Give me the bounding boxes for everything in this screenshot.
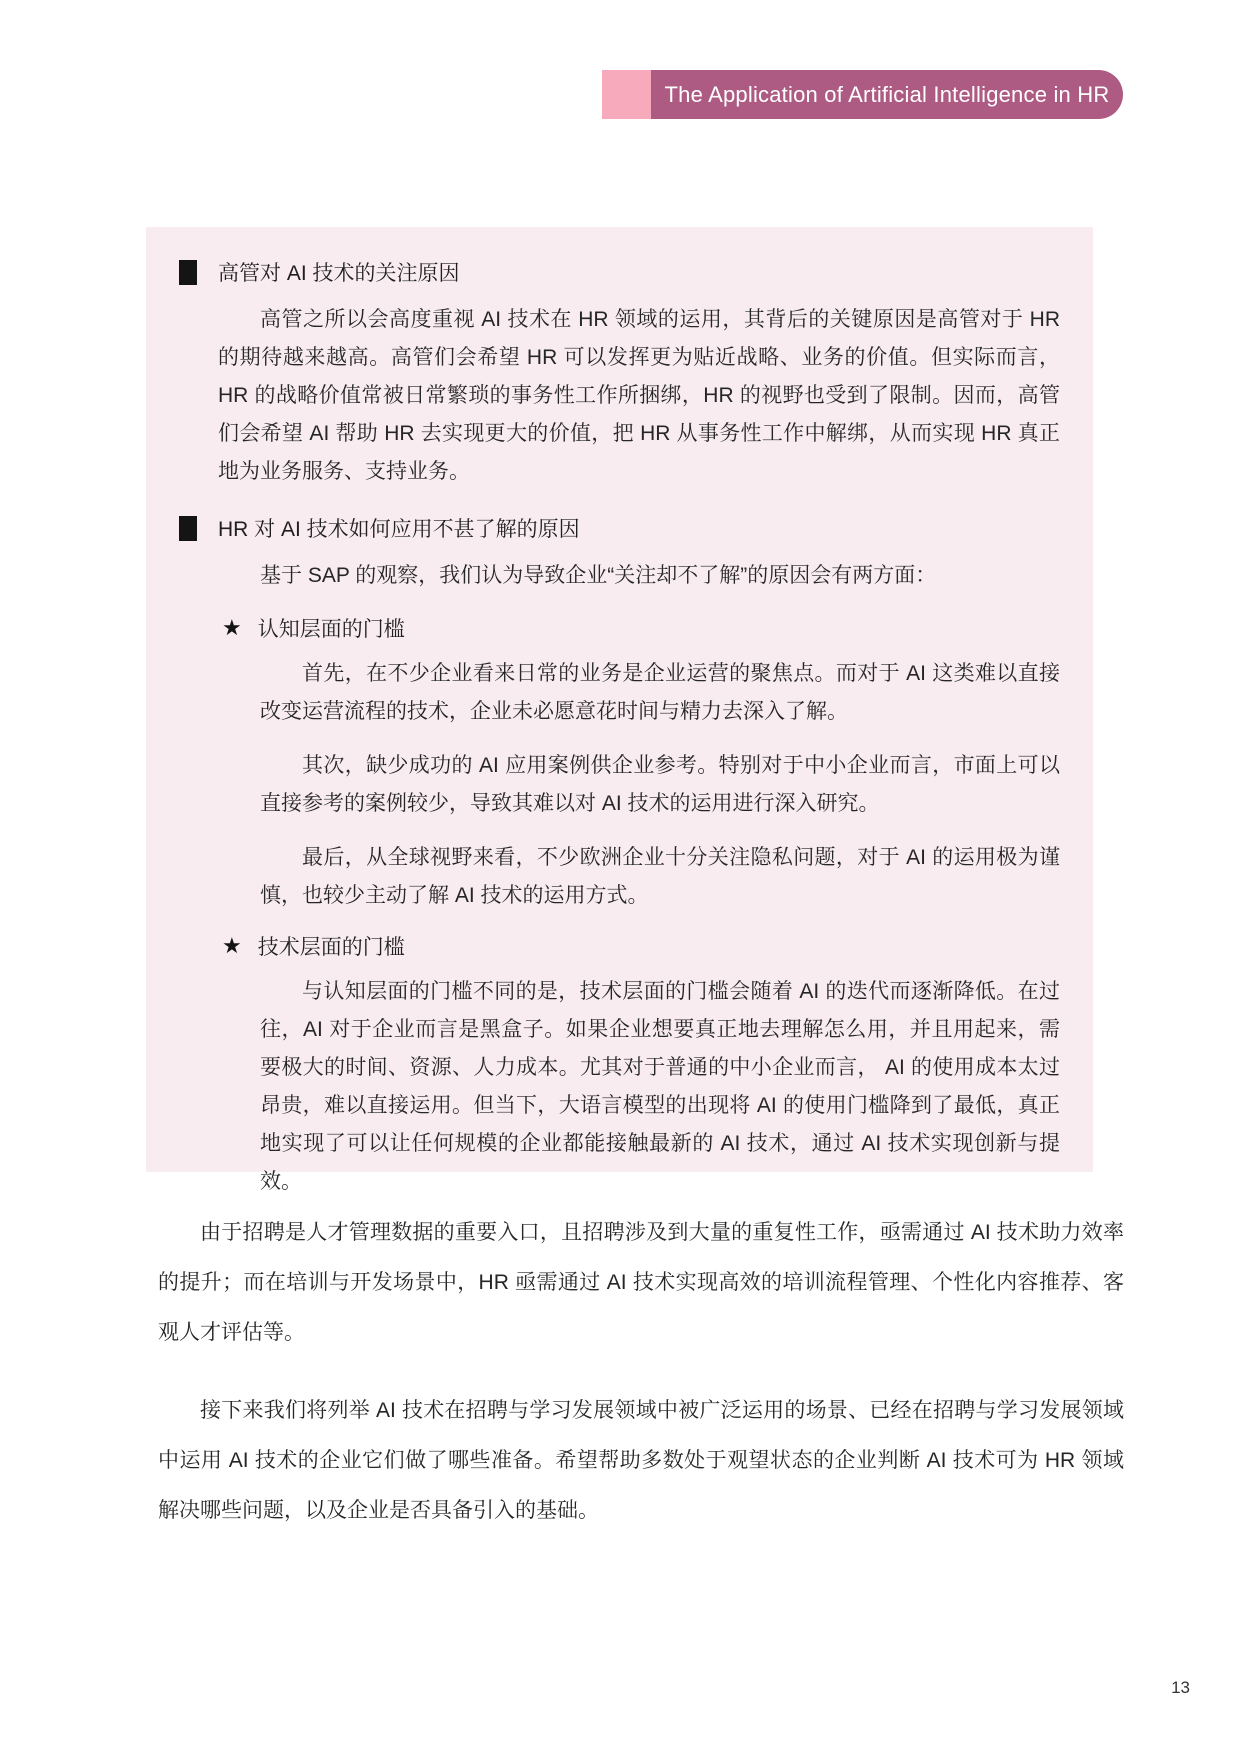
callout-heading: HR 对 AI 技术如何应用不甚了解的原因 (179, 513, 1060, 543)
callout-paragraph: 其次，缺少成功的 AI 应用案例供企业参考。特别对于中小企业而言，市面上可以直接… (260, 747, 1060, 823)
callout-paragraph: 与认知层面的门槛不同的是，技术层面的门槛会随着 AI 的迭代而逐渐降低。在过往，… (260, 973, 1060, 1201)
square-bullet-icon (179, 260, 197, 285)
callout-paragraph: 基于 SAP 的观察，我们认为导致企业“关注却不了解”的原因会有两方面： (218, 557, 1060, 595)
body-text: 由于招聘是人才管理数据的重要入口，且招聘涉及到大量的重复性工作，亟需通过 AI … (158, 1208, 1124, 1564)
callout-box: 高管对 AI 技术的关注原因 高管之所以会高度重视 AI 技术在 HR 领域的运… (146, 227, 1093, 1172)
header-banner-text: The Application of Artificial Intelligen… (665, 82, 1110, 108)
callout-paragraph: 高管之所以会高度重视 AI 技术在 HR 领域的运用，其背后的关键原因是高管对于… (218, 301, 1060, 491)
callout-heading: 高管对 AI 技术的关注原因 (179, 257, 1060, 287)
body-paragraph: 由于招聘是人才管理数据的重要入口，且招聘涉及到大量的重复性工作，亟需通过 AI … (158, 1208, 1124, 1358)
star-icon: ★ (222, 935, 242, 957)
callout-star-item: ★ 技术层面的门槛 (222, 931, 1060, 961)
callout-heading-text: 高管对 AI 技术的关注原因 (218, 257, 460, 287)
callout-star-text: 认知层面的门槛 (258, 613, 405, 643)
body-paragraph: 接下来我们将列举 AI 技术在招聘与学习发展领域中被广泛运用的场景、已经在招聘与… (158, 1386, 1124, 1536)
callout-star-item: ★ 认知层面的门槛 (222, 613, 1060, 643)
star-icon: ★ (222, 617, 242, 639)
header-banner: The Application of Artificial Intelligen… (651, 70, 1123, 119)
callout-paragraph: 首先，在不少企业看来日常的业务是企业运营的聚焦点。而对于 AI 这类难以直接改变… (260, 655, 1060, 731)
square-bullet-icon (179, 516, 197, 541)
header-accent-square (602, 70, 651, 119)
callout-heading-text: HR 对 AI 技术如何应用不甚了解的原因 (218, 513, 580, 543)
callout-star-text: 技术层面的门槛 (258, 931, 405, 961)
page-number: 13 (1171, 1678, 1190, 1698)
document-page: The Application of Artificial Intelligen… (0, 0, 1241, 1754)
callout-paragraph: 最后，从全球视野来看，不少欧洲企业十分关注隐私问题，对于 AI 的运用极为谨慎，… (260, 839, 1060, 915)
